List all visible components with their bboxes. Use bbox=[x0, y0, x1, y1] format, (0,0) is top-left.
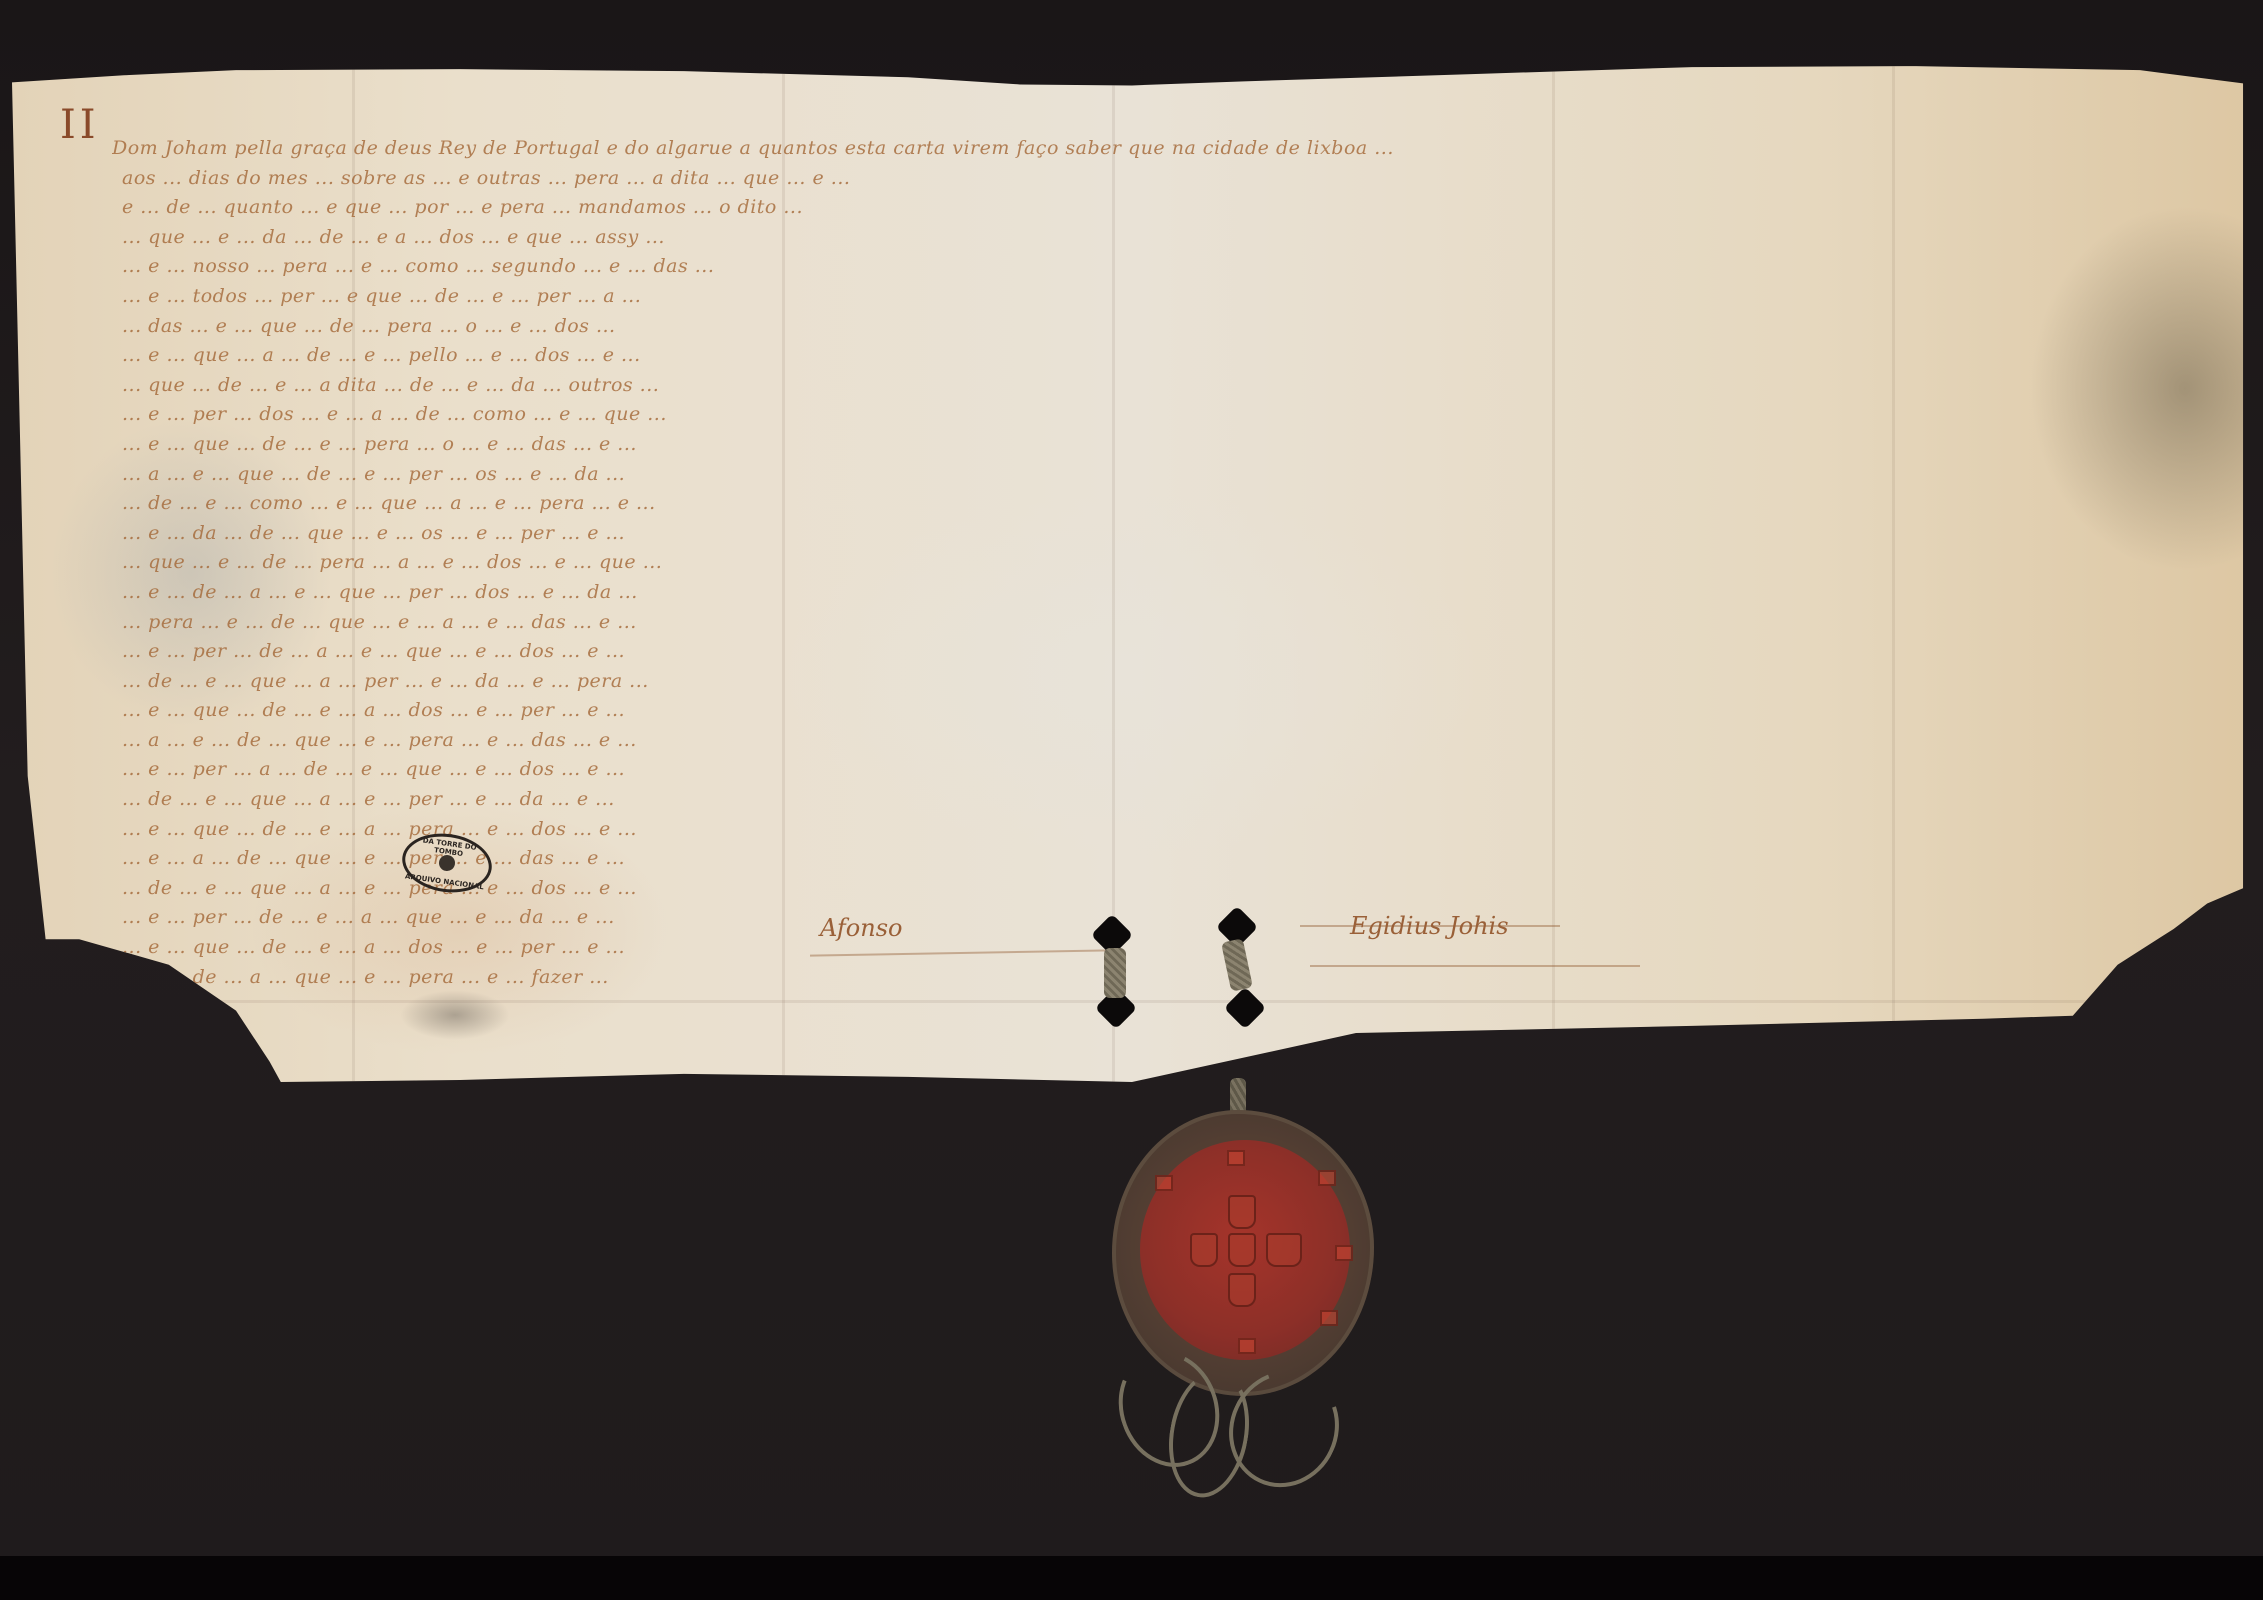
notarial-sign-left: Afonso bbox=[820, 914, 902, 942]
castle-icon bbox=[1320, 1310, 1338, 1326]
shield-icon bbox=[1228, 1233, 1256, 1267]
castle-icon bbox=[1318, 1170, 1336, 1186]
ink-smudge bbox=[400, 990, 510, 1040]
shield-icon bbox=[1266, 1233, 1302, 1267]
shield-icon bbox=[1228, 1273, 1256, 1307]
signature-rule bbox=[810, 949, 1110, 956]
shield-icon bbox=[1228, 1195, 1256, 1229]
castle-icon bbox=[1155, 1175, 1173, 1191]
castle-icon bbox=[1227, 1150, 1245, 1166]
notarial-sign-right: Egidius Johis bbox=[1350, 912, 1509, 940]
signature-area: Afonso Egidius Johis bbox=[0, 0, 2263, 1600]
seal-cord bbox=[1104, 948, 1126, 998]
shield-icon bbox=[1190, 1233, 1218, 1267]
castle-icon bbox=[1335, 1245, 1353, 1261]
signature-rule bbox=[1310, 965, 1640, 967]
castle-icon bbox=[1238, 1338, 1256, 1354]
